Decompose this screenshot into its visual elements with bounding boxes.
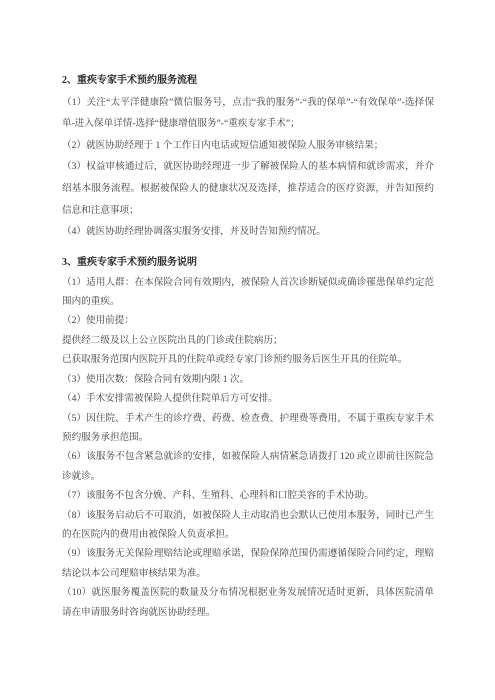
paragraph: （3）权益审核通过后，就医协助经理进一步了解被保险人的基本病情和就诊需求，并介绍… [62, 156, 434, 221]
paragraph: （3）使用次数：保险合同有效期内限 1 次。 [62, 370, 434, 389]
section-heading: 3、重疾专家手术预约服务说明 [62, 253, 434, 272]
section-service-process: 2、重疾专家手术预约服务流程 （1）关注“太平洋健康险”微信服务号，点击“我的服… [62, 70, 434, 243]
paragraph: （7）该服务不包含分娩、产科、生殖科、心理科和口腔美容的手术协助。 [62, 486, 434, 505]
paragraph: （6）该服务不包含紧急就诊的安排，如被保险人病情紧急请拨打 120 或立即前往医… [62, 447, 434, 486]
paragraph: （1）关注“太平洋健康险”微信服务号，点击“我的服务”-“我的保单”-“有效保单… [62, 92, 434, 135]
paragraph: （9）该服务无关保险理赔结论或理赔承诺，保险保障范围仍需遵循保险合同约定，理赔结… [62, 544, 434, 583]
section-heading: 2、重疾专家手术预约服务流程 [62, 70, 434, 92]
paragraph: （10）就医服务覆盖医院的数量及分布情况根据业务发展情况适时更新，具体医院清单请… [62, 583, 434, 622]
section-service-notes: 3、重疾专家手术预约服务说明 （1）适用人群：在本保险合同有效期内，被保险人首次… [62, 253, 434, 622]
paragraph: 提供经二级及以上公立医院出具的门诊或住院病历； [62, 331, 434, 350]
paragraph: （5）因住院、手术产生的诊疗费、药费、检查费、护理费等费用，不属于重疾专家手术预… [62, 409, 434, 448]
document-content: 2、重疾专家手术预约服务流程 （1）关注“太平洋健康险”微信服务号，点击“我的服… [62, 70, 434, 622]
paragraph: （4）手术安排需被保险人提供住院单后方可安排。 [62, 389, 434, 408]
document-page: 2、重疾专家手术预约服务流程 （1）关注“太平洋健康险”微信服务号，点击“我的服… [0, 0, 495, 700]
paragraph: （4）就医协助经理协调落实服务安排，并及时告知预约情况。 [62, 221, 434, 243]
paragraph: 已获取服务范围内医院开具的住院单或经专家门诊预约服务后医生开具的住院单。 [62, 350, 434, 369]
paragraph: （2）使用前提： [62, 311, 434, 330]
paragraph: （1）适用人群：在本保险合同有效期内，被保险人首次诊断疑似或确诊罹患保单约定范围… [62, 273, 434, 312]
paragraph: （2）就医协助经理于 1 个工作日内电话或短信通知被保险人服务审核结果； [62, 135, 434, 157]
paragraph: （8）该服务启动后不可取消，如被保险人主动取消也会默认已使用本服务，同时已产生的… [62, 506, 434, 545]
